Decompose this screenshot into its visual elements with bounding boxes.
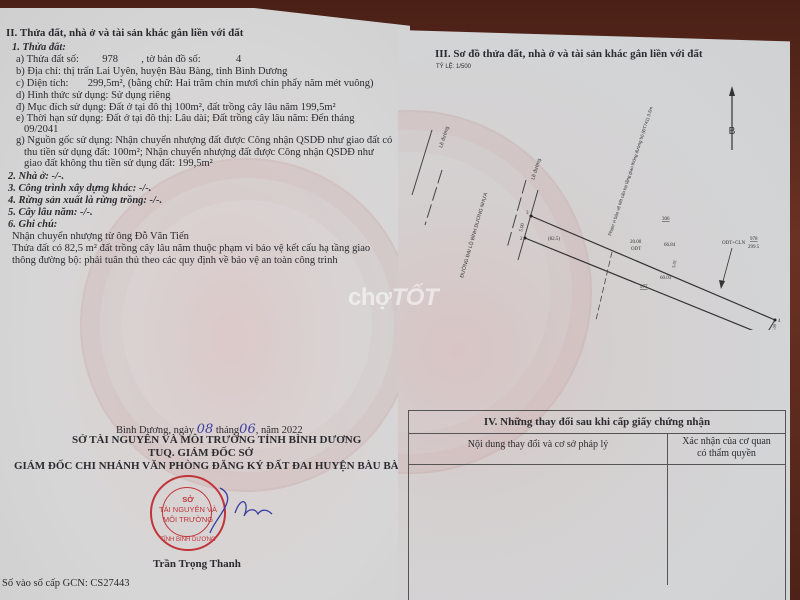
changes-table-body — [409, 465, 785, 585]
land-use-code-label: ODT+CLN — [722, 241, 745, 246]
parcel-diagram: B Lề đường ĐƯỜNG ĐẠI LỘ BÌNH DƯƠNG NHỰA … — [398, 30, 790, 330]
usage-form-row: d) Hình thức sử dụng: Sử dụng riêng — [16, 90, 170, 101]
production-forest-row: 4. Rừng sản xuất là rừng trồng: -/-. — [8, 195, 162, 206]
corridor-area-label: (82.5) — [548, 237, 560, 242]
road-left-edge-label: Lề đường — [438, 126, 451, 149]
term-continued: 09/2041 — [24, 124, 58, 135]
road-name-label: ĐƯỜNG ĐẠI LỘ BÌNH DƯƠNG NHỰA — [458, 191, 489, 278]
point-3-label: 3 — [526, 211, 529, 216]
changes-col-confirmation: Xác nhận của cơ quan có thẩm quyền — [668, 434, 785, 464]
top-length-label: 66.84 — [664, 243, 676, 248]
road-safety-note: Phạm vi bảo vệ kết cấu hạ tầng giao thôn… — [607, 106, 654, 236]
back-width-label: 5.00 — [771, 323, 777, 330]
purpose-value: Đất ở tại đô thị 100m², đất trồng cây lâ… — [109, 102, 336, 113]
changes-table: IV. Những thay đổi sau khi cấp giấy chứn… — [408, 410, 786, 600]
signer-name: Trần Trọng Thanh — [153, 558, 241, 570]
purpose-row: đ) Mục đích sử dụng: Đất ở tại đô thị 10… — [16, 102, 336, 113]
issuer-line-2: TUQ. GIÁM ĐỐC SỞ — [148, 447, 253, 459]
address-row: b) Địa chỉ: thị trấn Lai Uyên, huyện Bàu… — [16, 66, 287, 77]
parcel-area-diagram: 299.5 — [748, 245, 760, 250]
registry-number: Số vào sổ cấp GCN: CS27443 — [2, 578, 129, 589]
term-value: Đất ở tại đô thị: Lâu dài; Đất trồng cây… — [106, 113, 354, 124]
issuer-line-3: GIÁM ĐỐC CHI NHÁNH VĂN PHÒNG ĐĂNG KÝ ĐẤT… — [14, 460, 415, 472]
map-sheet-number: 4 — [236, 54, 241, 65]
area-label: c) Diện tích: — [16, 78, 68, 89]
usage-form-value: Sử dụng riêng — [111, 90, 170, 101]
address-value: thị trấn Lai Uyên, huyện Bàu Bàng, tỉnh … — [64, 66, 288, 77]
watermark-cho: chợ — [348, 284, 392, 311]
address-label: b) Địa chỉ: — [16, 66, 61, 77]
land-code-leader — [722, 248, 732, 285]
inner-length-label: 20.00 — [630, 240, 642, 245]
notes-heading: 6. Ghi chú: — [8, 219, 57, 230]
origin-row: g) Nguồn gốc sử dụng: Nhận chuyển nhượng… — [16, 135, 392, 146]
mid-width-label: 5.01 — [671, 260, 677, 269]
point-4-label: 4 — [778, 319, 781, 324]
confirmation-line-2: có thẩm quyền — [668, 448, 785, 460]
north-arrow-icon: B — [729, 86, 736, 150]
usage-form-label: d) Hình thức sử dụng: — [16, 90, 108, 101]
confirmation-line-1: Xác nhận của cơ quan — [668, 436, 785, 448]
notes-line-2: Thửa đất có 82,5 m² đất trồng cây lâu nă… — [12, 243, 370, 254]
term-label: e) Thời hạn sử dụng: — [16, 113, 103, 124]
bottom-length-label: 60.03 — [660, 276, 672, 281]
origin-line-1: Nhận chuyển nhượng đất được Công nhận QS… — [115, 135, 392, 146]
changes-col-content: Nội dung thay đổi và cơ sở pháp lý — [409, 434, 668, 464]
origin-label: g) Nguồn gốc sử dụng: — [16, 135, 113, 146]
zone-code-label: ODT — [631, 247, 641, 252]
chotot-watermark: chợTỐT — [348, 284, 438, 312]
other-construction-row: 3. Công trình xây dựng khác: -/-. — [8, 183, 151, 194]
area-value: 299,5m², (bằng chữ: Hai trăm chín mươi c… — [88, 78, 374, 89]
perennial-trees-row: 5. Cây lâu năm: -/-. — [8, 207, 93, 218]
parcel-number: 978 — [102, 54, 118, 65]
north-label: B — [729, 126, 736, 137]
changes-table-header: Nội dung thay đổi và cơ sở pháp lý Xác n… — [409, 434, 785, 465]
signature — [200, 478, 290, 538]
parcel-number-row: a) Thửa đất số: 978 , tờ bản đồ số: 4 — [16, 54, 241, 65]
road-edge-label: Lề đường — [530, 158, 543, 181]
issuer-line-1: SỞ TÀI NGUYÊN VÀ MÔI TRƯỜNG TỈNH BÌNH DƯ… — [72, 434, 361, 446]
changes-body-confirmation-cell — [668, 465, 785, 585]
notes-line-3: thông đường bộ: phải tuân thủ theo các q… — [12, 255, 338, 266]
parcel-number-diagram: 978 — [750, 237, 758, 242]
neighbor-south-label: 977 — [640, 285, 648, 290]
neighbor-north-label: 306 — [662, 217, 670, 222]
changes-body-content-cell — [409, 465, 668, 585]
origin-line-2: thu tiền sử dụng đất: 100m²; Nhận chuyển… — [24, 147, 374, 158]
house-row: 2. Nhà ở: -/-. — [8, 171, 64, 182]
origin-line-3: giao đất không thu tiền sử dụng đất: 199… — [24, 158, 213, 169]
watermark-tot: TỐT — [392, 284, 439, 311]
parcel-heading: 1. Thửa đất: — [12, 42, 66, 53]
front-width-label: 5.00 — [519, 222, 526, 232]
parcel-number-label: a) Thửa đất số: — [16, 54, 79, 65]
point-2-label: 2 — [520, 237, 523, 242]
notes-line-1: Nhận chuyển nhượng từ ông Đỗ Văn Tiến — [12, 231, 189, 242]
term-row: e) Thời hạn sử dụng: Đất ở tại đô thị: L… — [16, 113, 355, 124]
changes-table-title: IV. Những thay đổi sau khi cấp giấy chứn… — [409, 411, 785, 434]
purpose-label: đ) Mục đích sử dụng: — [16, 102, 106, 113]
map-sheet-label: , tờ bản đồ số: — [141, 54, 201, 65]
area-row: c) Diện tích: 299,5m², (bằng chữ: Hai tr… — [16, 78, 373, 89]
section-ii-title: II. Thửa đất, nhà ở và tài sản khác gắn … — [6, 27, 243, 39]
